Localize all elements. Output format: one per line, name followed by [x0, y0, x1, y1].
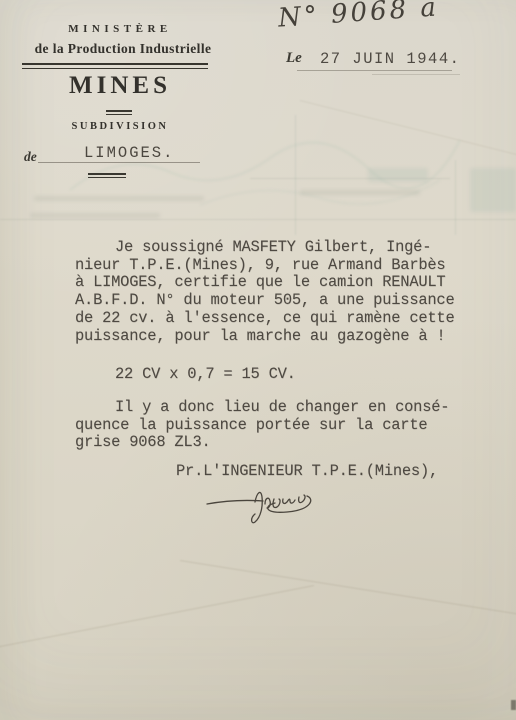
handwritten-doc-number: N° 9068 a — [277, 0, 440, 34]
subdivision-underline — [38, 162, 200, 163]
body-paragraph-2: Il y a donc lieu de changer en consé-que… — [75, 399, 475, 452]
text-line: de 22 cv. à l'essence, ce qui ramène cet… — [75, 310, 475, 328]
text-line: A.B.F.D. N° du moteur 505, a une puissan… — [75, 292, 475, 310]
bleed-text-smudge — [30, 213, 160, 218]
bleed-table-line — [250, 178, 450, 179]
edge-mark — [511, 700, 516, 710]
bleed-table-line — [0, 219, 516, 220]
bleed-table-line — [455, 160, 456, 235]
signature-scribble — [203, 486, 353, 534]
subdivision-value: LIMOGES. — [84, 144, 174, 162]
body-paragraph-1: Je soussigné MASFETY Gilbert, Ingé-nieur… — [75, 239, 475, 345]
power-formula: 22 CV x 0,7 = 15 CV. — [115, 366, 296, 384]
bleed-stamp-smudge — [368, 168, 428, 182]
letterhead-ministry-line2: de la Production Industrielle — [0, 41, 246, 57]
paper-crease — [180, 560, 516, 617]
paper-crease — [300, 100, 516, 159]
letterhead-ornament — [106, 110, 132, 115]
text-line: Il y a donc lieu de changer en consé- — [75, 399, 475, 417]
letterhead-department: MINES — [10, 72, 230, 100]
bleed-text-smudge — [300, 190, 420, 195]
letterhead-divider — [22, 63, 208, 69]
bleed-text-smudge — [34, 196, 204, 201]
scanned-document: N° 9068 a MINISTÈRE de la Production Ind… — [0, 0, 516, 720]
date-value: 27 JUIN 1944. — [320, 50, 460, 68]
text-line: à LIMOGES, certifie que le camion RENAUL… — [75, 274, 475, 292]
date-underline — [297, 70, 452, 71]
date-prefix: Le — [286, 50, 302, 67]
text-line: quence la puissance portée sur la carte — [75, 417, 475, 435]
bleed-stamp-smudge — [470, 168, 516, 212]
date-underline-faint — [372, 74, 460, 75]
paper-crease — [0, 585, 314, 649]
text-line: Je soussigné MASFETY Gilbert, Ingé- — [75, 239, 475, 257]
letterhead-subdivision-label: SUBDIVISION — [10, 121, 230, 132]
letterhead-ministry-line1: MINISTÈRE — [10, 23, 230, 35]
letterhead-ornament-bottom — [88, 173, 126, 178]
text-line: nieur T.P.E.(Mines), 9, rue Armand Barbè… — [75, 257, 475, 275]
bleed-table-line — [295, 115, 296, 235]
subdivision-prefix: de — [24, 149, 37, 165]
signoff-line: Pr.L'INGENIEUR T.P.E.(Mines), — [176, 462, 438, 480]
text-line: puissance, pour la marche au gazogène à … — [75, 328, 475, 346]
text-line: grise 9068 ZL3. — [75, 434, 475, 452]
